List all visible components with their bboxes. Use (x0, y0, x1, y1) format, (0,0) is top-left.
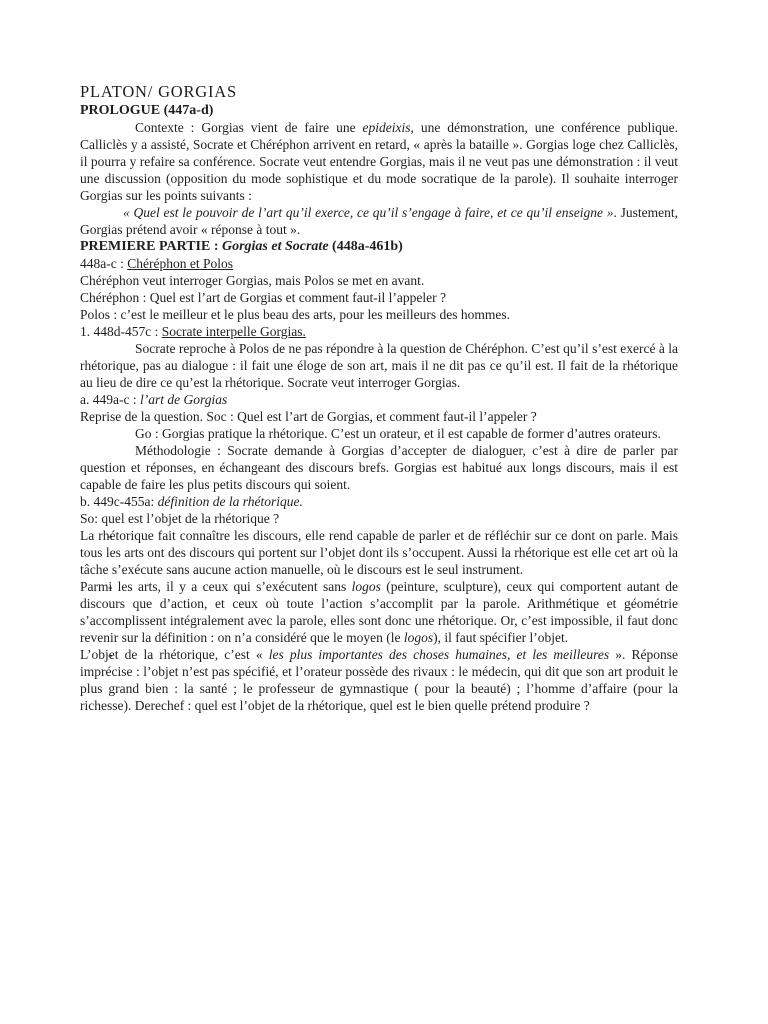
line-polos-reponse: Polos : c’est le meilleur et le plus bea… (80, 306, 678, 323)
bullet-text-discours: La rhétorique fait connaître les discour… (80, 527, 678, 578)
paragraph-contexte: Contexte : Gorgias vient de faire une ep… (80, 119, 678, 204)
bullet-dash-marker: - (108, 578, 113, 595)
paragraph-socrate-reproche: Socrate reproche à Polos de ne pas répon… (80, 340, 678, 391)
line-cherephon-intro: Chéréphon veut interroger Gorgias, mais … (80, 272, 678, 289)
document-content: PLATON/ GORGIAS PROLOGUE (447a-d) Contex… (80, 82, 678, 714)
bullet-dash-marker: - (108, 527, 113, 544)
bullet-item-logos: - Parmi les arts, il y a ceux qui s’exéc… (80, 578, 678, 646)
heading-premiere-partie: PREMIERE PARTIE : Gorgias et Socrate (44… (80, 238, 678, 255)
heading-prologue: PROLOGUE (447a-d) (80, 102, 678, 119)
line-b-449c-455a: b. 449c-455a: définition de la rhétoriqu… (80, 493, 678, 510)
document-page: PLATON/ GORGIAS PROLOGUE (447a-d) Contex… (0, 0, 768, 1024)
bullet-item-objet: - L’objet de la rhétorique, c’est « les … (80, 646, 678, 714)
line-reprise-question: Reprise de la question. Soc : Quel est l… (80, 408, 678, 425)
paragraph-methodologie: Méthodologie : Socrate demande à Gorgias… (80, 442, 678, 493)
bullet-text-objet: L’objet de la rhétorique, c’est « les pl… (80, 646, 678, 714)
bullet-text-logos: Parmi les arts, il y a ceux qui s’exécut… (80, 578, 678, 646)
document-title: PLATON/ GORGIAS (80, 82, 678, 102)
line-448a-c: 448a-c : Chéréphon et Polos (80, 255, 678, 272)
line-a-449a-c: a. 449a-c : l’art de Gorgias (80, 391, 678, 408)
bullet-dash-marker: - (108, 646, 113, 663)
line-cherephon-question: Chéréphon : Quel est l’art de Gorgias et… (80, 289, 678, 306)
paragraph-quote: « Quel est le pouvoir de l’art qu’il exe… (80, 204, 678, 238)
line-so-objet-question: So: quel est l’objet de la rhétorique ? (80, 510, 678, 527)
bullet-item-discours: - La rhétorique fait connaître les disco… (80, 527, 678, 578)
line-448d-457c: 1. 448d-457c : Socrate interpelle Gorgia… (80, 323, 678, 340)
paragraph-gorgias-reponse: Go : Gorgias pratique la rhétorique. C’e… (80, 425, 678, 442)
